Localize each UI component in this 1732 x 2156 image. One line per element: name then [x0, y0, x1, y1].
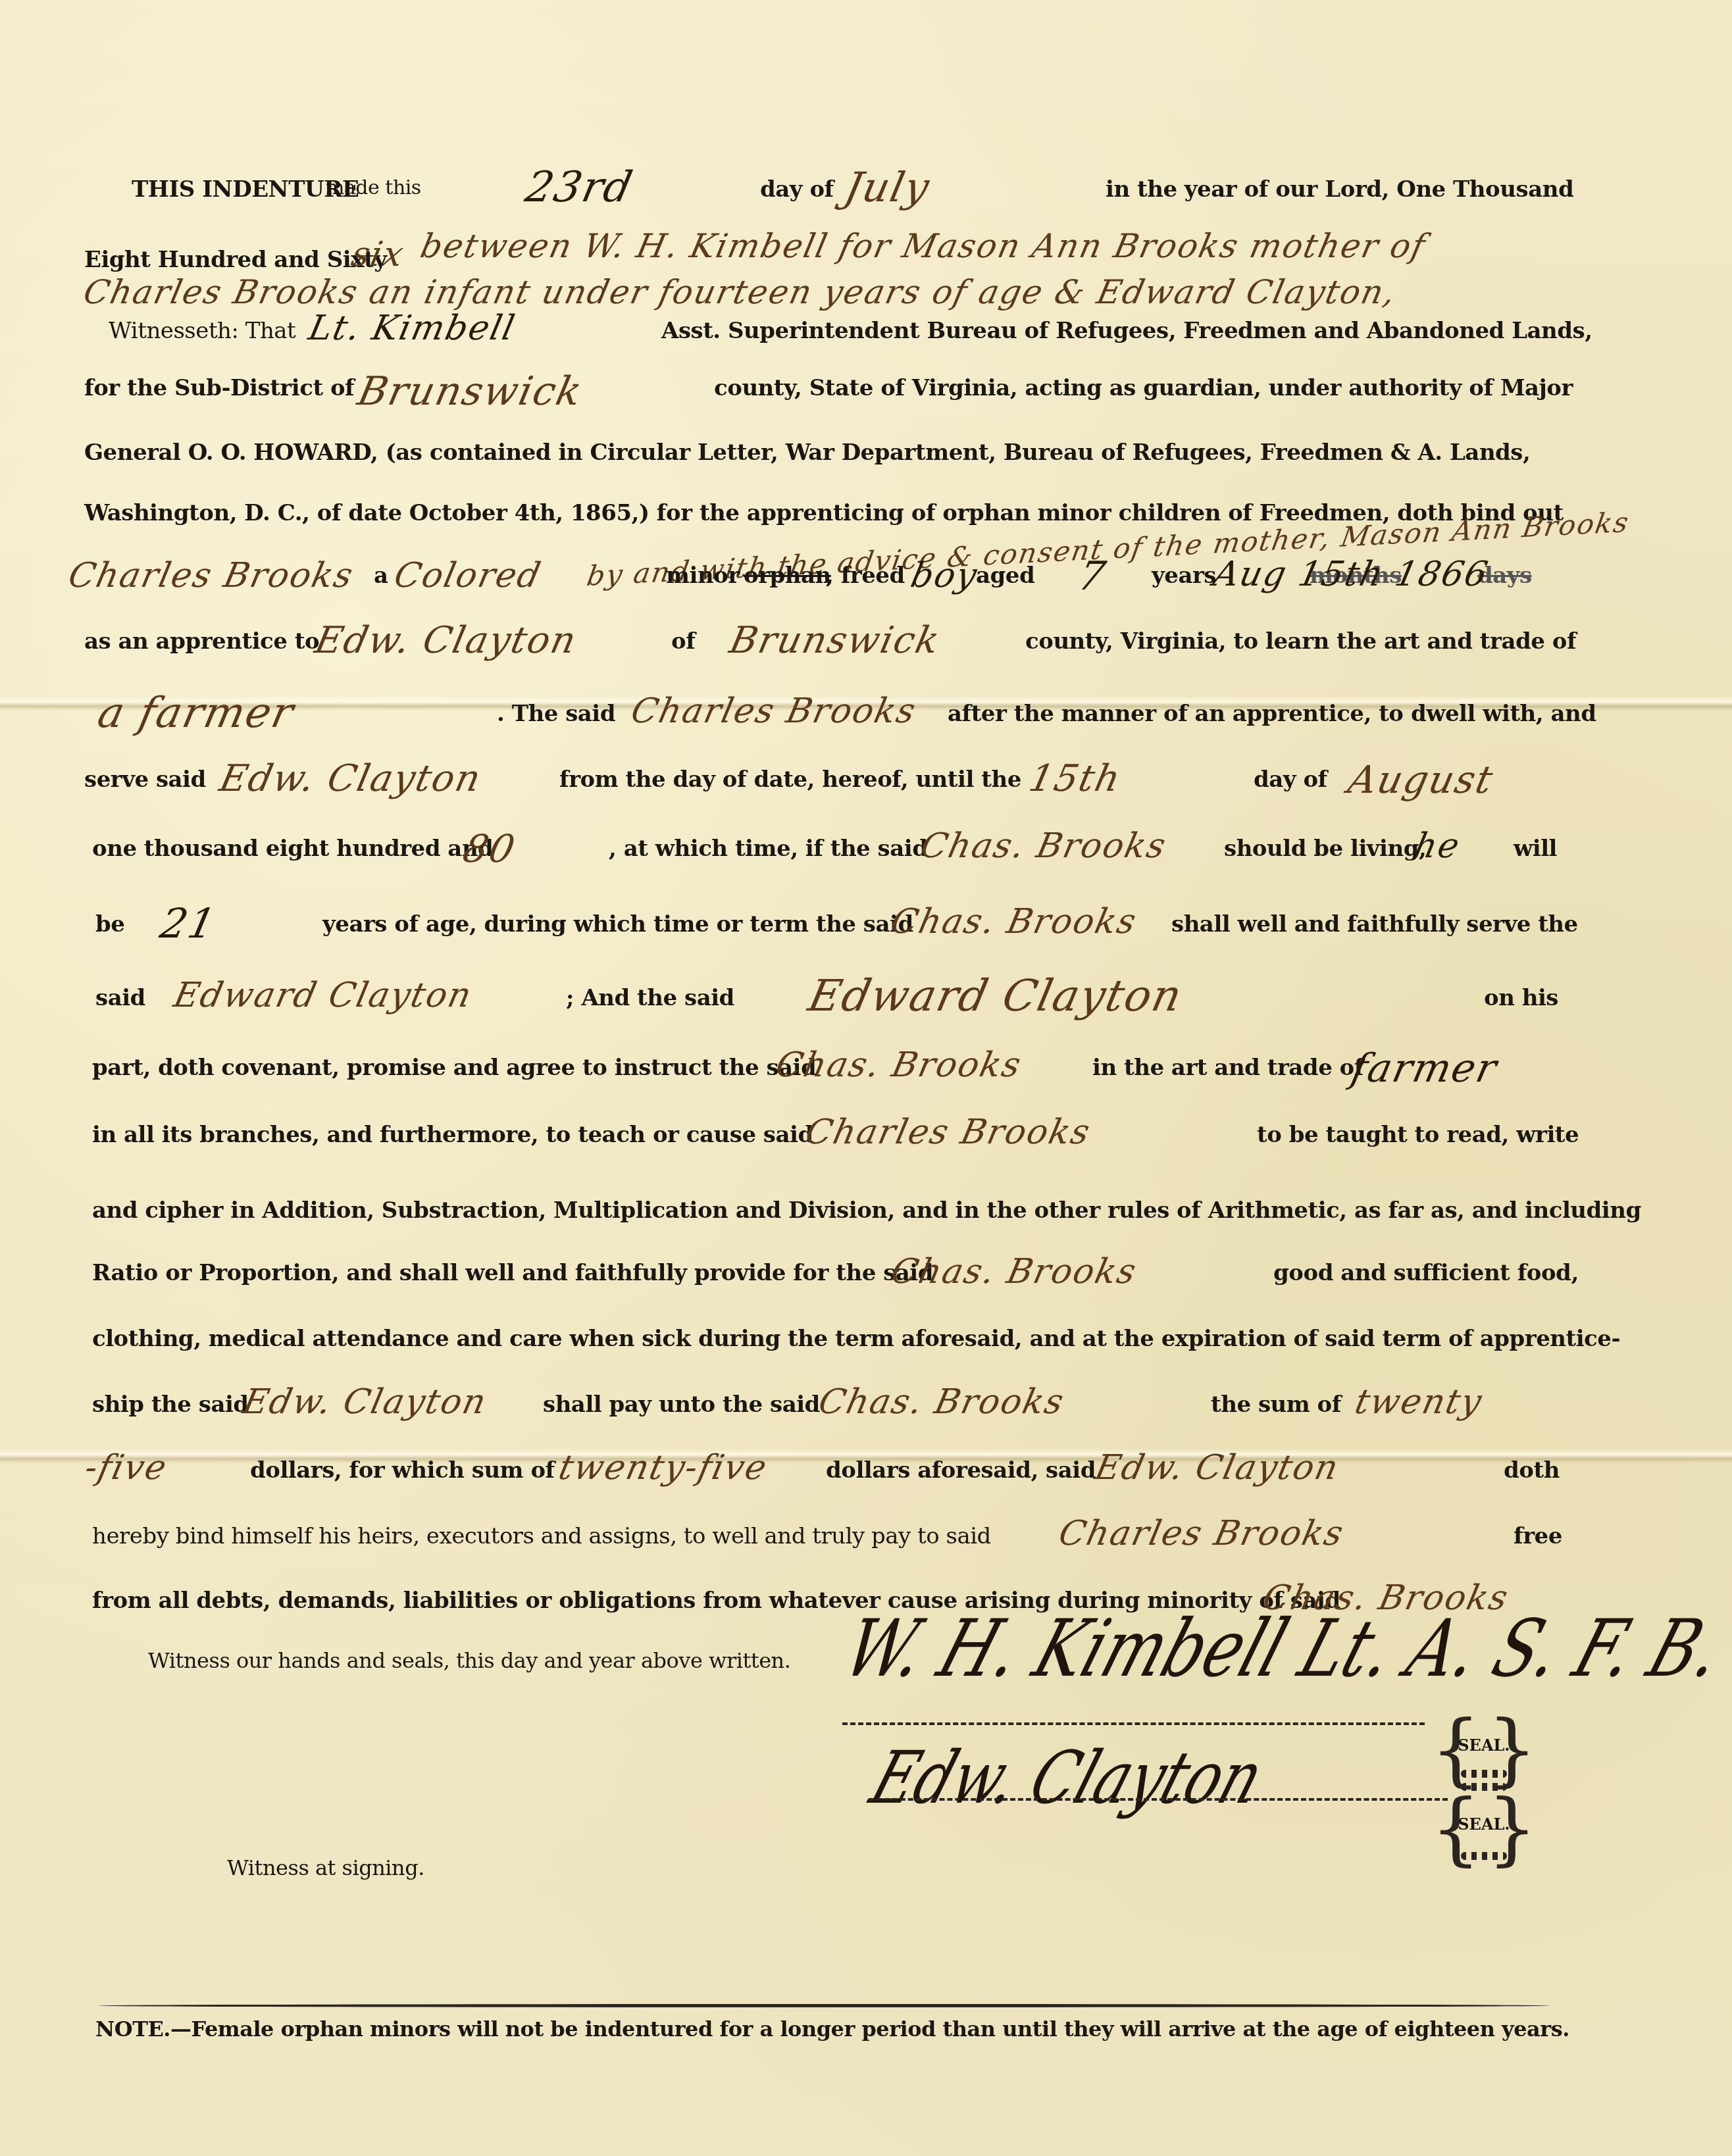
printed-text: should be living, — [1224, 836, 1426, 862]
handwritten-year-word: six — [348, 235, 408, 274]
handwritten-apprentice-name: Charles Brooks — [65, 556, 357, 595]
printed-text: on his — [1484, 985, 1558, 1011]
printed-text: shall well and faithfully serve the — [1171, 911, 1578, 938]
handwritten-sum-full: twenty-five — [555, 1448, 771, 1488]
handwritten-apprentice-short: Chas. Brooks — [888, 902, 1141, 941]
printed-text: dollars aforesaid, said — [826, 1457, 1096, 1484]
printed-text: years of age, during which time or term … — [322, 911, 913, 938]
handwritten-sex: boy — [907, 556, 982, 595]
signature-line-master — [869, 1798, 1448, 1801]
printed-text: of — [671, 628, 695, 655]
printed-text: and cipher in Addition, Substraction, Mu… — [92, 1197, 1641, 1224]
printed-text: years — [1152, 563, 1216, 589]
handwritten-end-day: 15th — [1025, 757, 1125, 800]
printed-text: , at which time, if the said — [609, 836, 927, 862]
printed-text: in the art and trade of — [1092, 1055, 1363, 1081]
printed-text: dollars, for which sum of — [250, 1457, 555, 1484]
heading-this-indenture: THIS INDENTURE — [132, 176, 359, 203]
handwritten-trade: a farmer — [93, 689, 299, 738]
printed-text: Asst. Superintendent Bureau of Refugees,… — [661, 318, 1592, 344]
handwritten-apprentice-short: Chas. Brooks — [917, 826, 1171, 866]
printed-text: after the manner of an apprentice, to dw… — [948, 701, 1596, 727]
handwritten-pronoun: he — [1411, 826, 1464, 866]
printed-text: . The said — [497, 701, 615, 727]
printed-text: said — [95, 985, 145, 1011]
handwritten-apprentice-short: Chas. Brooks — [815, 1382, 1069, 1422]
handwritten-master: Edw. Clayton — [1092, 1448, 1343, 1488]
printed-text: will — [1514, 836, 1557, 862]
printed-text: Witness at signing. — [227, 1855, 424, 1880]
printed-text: aged — [976, 563, 1034, 589]
seal-master: { SEAL. } — [1435, 1776, 1533, 1868]
handwritten-master: Edw. Clayton — [216, 757, 486, 800]
printed-text: as an apprentice to — [84, 628, 319, 655]
brace-right: } — [1487, 1790, 1537, 1868]
printed-text: be — [95, 911, 124, 938]
signature-master: Edw. Clayton — [861, 1735, 1273, 1820]
printed-text: Eight Hundred and Sixty — [84, 247, 386, 273]
handwritten-master-full: Edward Clayton — [804, 970, 1187, 1021]
struck-text-orphan: orphan — [744, 563, 831, 589]
handwritten-sum-part1: twenty — [1352, 1382, 1487, 1422]
handwritten-end-age: 21 — [156, 899, 220, 947]
handwritten-sum-part2: -five — [82, 1448, 171, 1488]
handwritten-master-county: Brunswick — [726, 619, 944, 662]
handwritten-master: Edw. Clayton — [311, 619, 581, 662]
printed-text: ; And the said — [566, 985, 734, 1011]
printed-text: from the day of date, hereof, until the — [559, 766, 1021, 793]
handwritten-age-date: Aug 15th 1866 — [1210, 555, 1492, 594]
handwritten-master-full: Edward Clayton — [170, 976, 476, 1015]
printed-text: good and sufficient food, — [1273, 1260, 1579, 1286]
handwritten-day: 23rd — [521, 163, 638, 212]
handwritten-month: July — [840, 163, 934, 211]
printed-text: for the Sub-District of — [84, 375, 354, 401]
printed-text: hereby bind himself his heirs, executors… — [92, 1523, 991, 1549]
printed-text: shall pay unto the said — [543, 1391, 820, 1418]
printed-text: Ratio or Proportion, and shall well and … — [92, 1260, 933, 1286]
printed-text: Witnesseth: That — [109, 318, 295, 344]
signature-line-officer — [842, 1722, 1425, 1725]
printed-text: ship the said — [92, 1391, 249, 1418]
printed-text: Witness our hands and seals, this day an… — [148, 1648, 790, 1673]
handwritten-race: Colored — [391, 556, 546, 595]
printed-text: free — [1514, 1523, 1562, 1549]
printed-text: a — [374, 563, 388, 589]
printed-text: one thousand eight hundred and — [92, 836, 493, 862]
note-divider-rule — [99, 2004, 1550, 2007]
handwritten-parties-cont: Charles Brooks an infant under fourteen … — [80, 273, 1400, 311]
signature-officer: W. H. Kimbell Lt. A. S. F. B. — [834, 1603, 1732, 1695]
handwritten-officer: Lt. Kimbell — [305, 309, 519, 348]
handwritten-end-year: 80 — [459, 826, 520, 871]
handwritten-parties: between W. H. Kimbell for Mason Ann Broo… — [417, 227, 1429, 265]
printed-text: county, Virginia, to learn the art and t… — [1025, 628, 1576, 655]
printed-text: county, State of Virginia, acting as gua… — [714, 375, 1573, 401]
printed-text: serve said — [84, 766, 206, 793]
footnote-text: NOTE.—Female orphan minors will not be i… — [95, 2017, 1569, 2042]
handwritten-master: Edw. Clayton — [240, 1382, 491, 1422]
handwritten-apprentice-name: Charles Brooks — [802, 1113, 1094, 1152]
printed-text: made this — [326, 176, 421, 199]
handwritten-end-month: August — [1344, 757, 1498, 802]
printed-text: clothing, medical attendance and care wh… — [92, 1326, 1620, 1352]
printed-text: in all its branches, and furthermore, to… — [92, 1122, 813, 1148]
printed-text: the sum of — [1211, 1391, 1341, 1418]
printed-text: , freed — [826, 563, 905, 589]
handwritten-apprentice-short: Chas. Brooks — [888, 1252, 1141, 1291]
handwritten-sub-district: Brunswick — [354, 368, 587, 414]
printed-text: day of — [760, 176, 834, 203]
handwritten-trade-short: farmer — [1348, 1045, 1502, 1091]
printed-text: day of — [1254, 766, 1327, 793]
handwritten-apprentice-name: Charles Brooks — [628, 691, 920, 731]
printed-text: part, doth covenant, promise and agree t… — [92, 1055, 816, 1081]
printed-text: General O. O. HOWARD, (as contained in C… — [84, 439, 1530, 466]
handwritten-apprentice-short: Chas. Brooks — [773, 1045, 1026, 1085]
printed-text: minor — [666, 563, 740, 589]
printed-text: in the year of our Lord, One Thousand — [1106, 176, 1573, 203]
printed-text: doth — [1504, 1457, 1560, 1484]
printed-text: to be taught to read, write — [1257, 1122, 1579, 1148]
handwritten-apprentice-name: Charles Brooks — [1056, 1514, 1348, 1553]
